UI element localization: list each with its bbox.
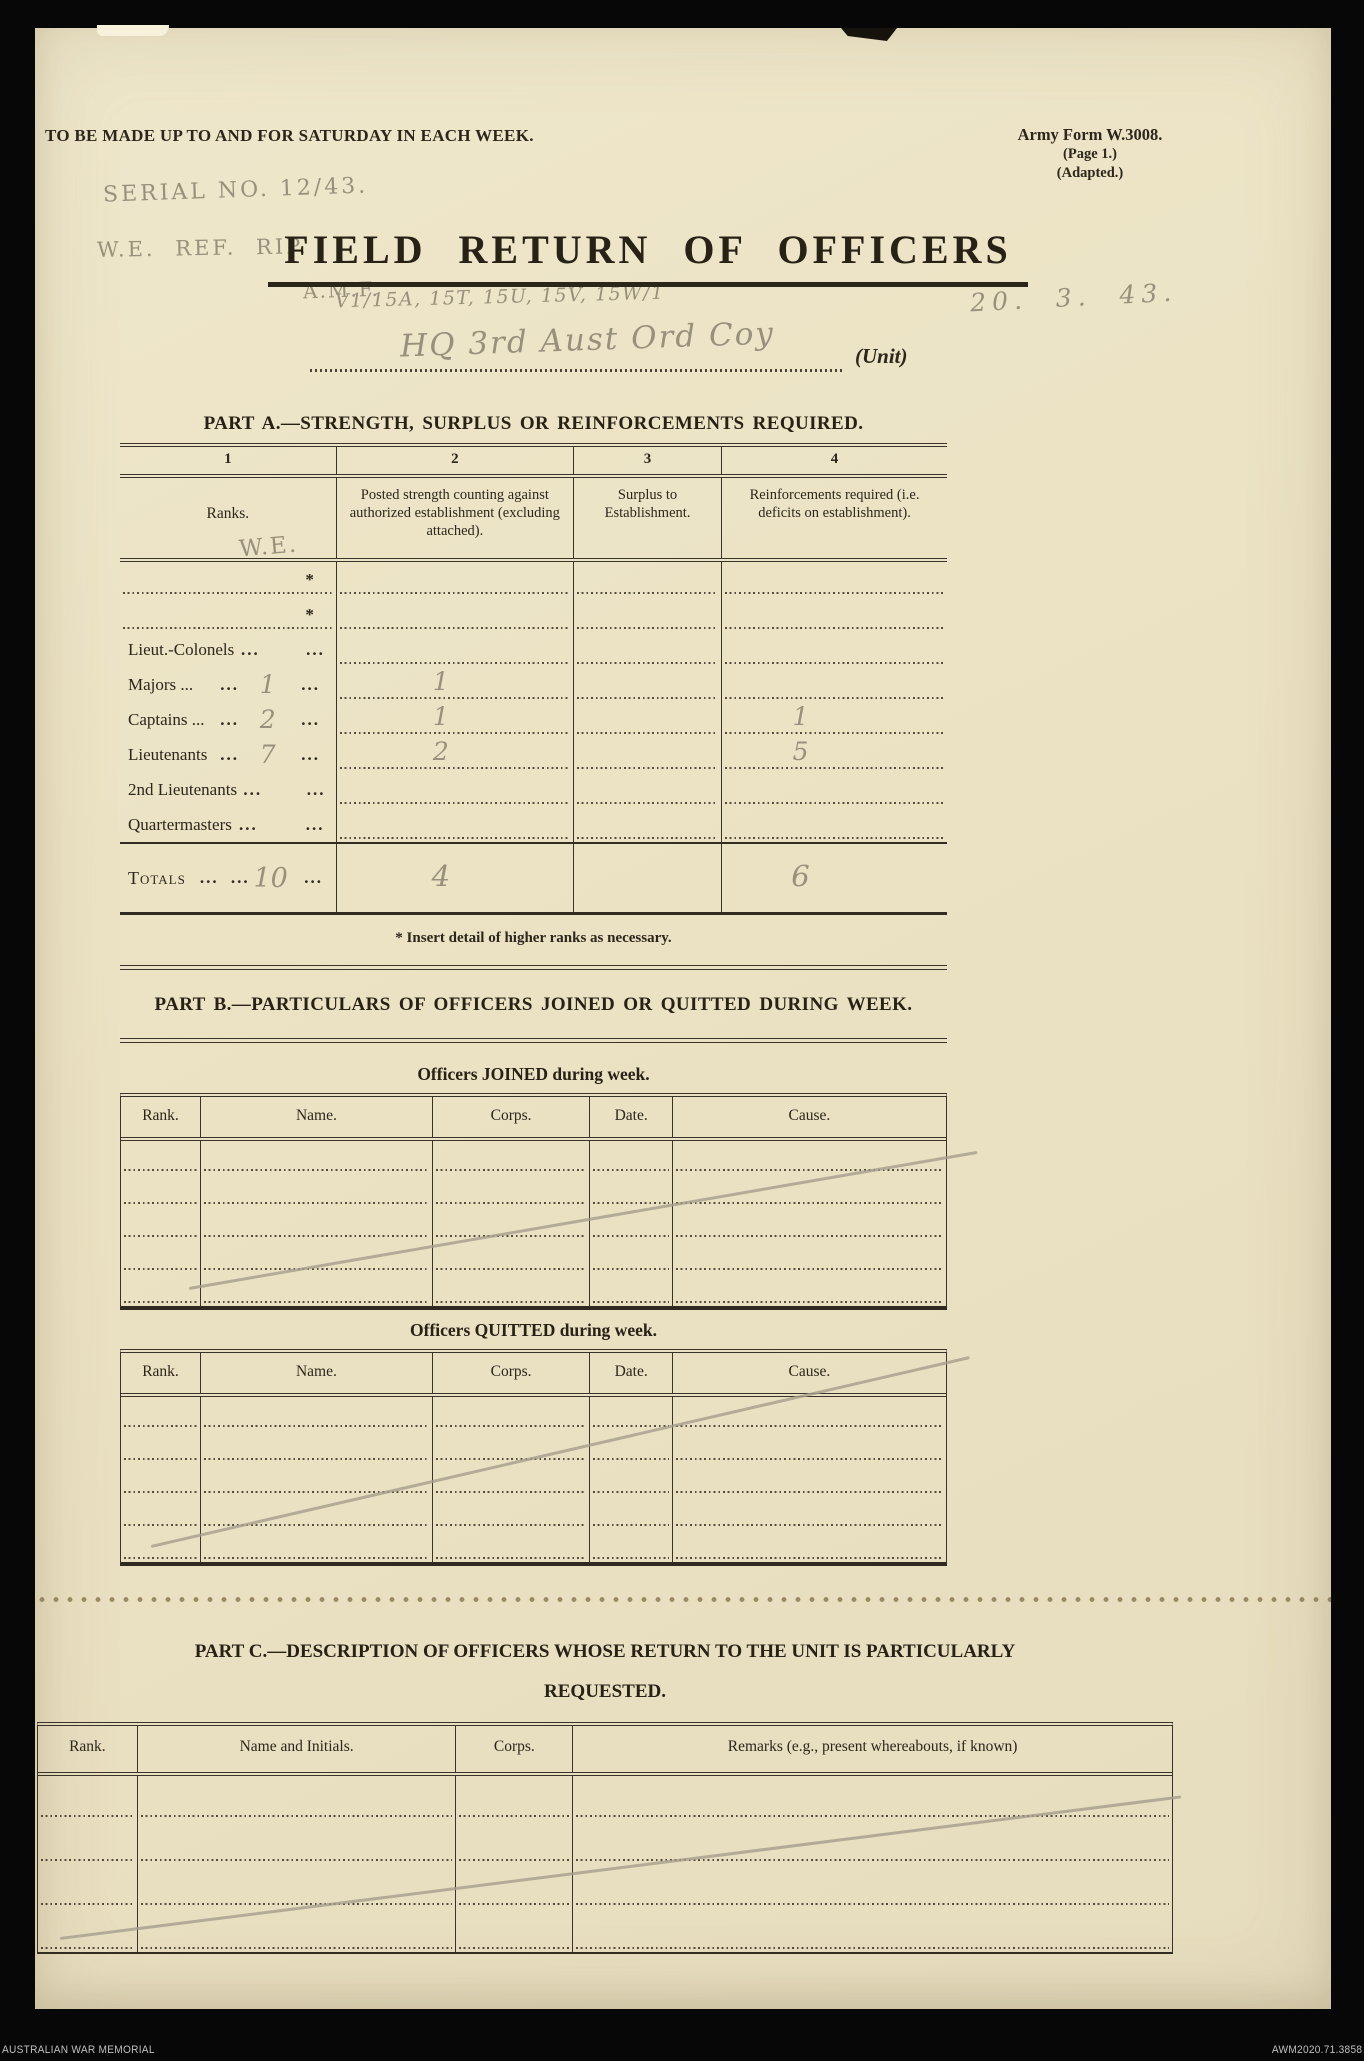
table-cell: [673, 1141, 946, 1174]
rank-label: Captains ...: [120, 710, 205, 730]
quitted-table-title: Officers QUITTED during week.: [120, 1320, 947, 1341]
rank-row: Captains ... ... 2 ... 1 1: [120, 702, 947, 737]
rank-label: Majors ...: [120, 675, 193, 695]
table-cell: [673, 1496, 946, 1529]
reinforcements-cell: [722, 632, 947, 667]
rank-cell: Quartermasters ... ...: [120, 807, 337, 842]
table-row: [121, 1207, 946, 1240]
column-header-row: Ranks. W.E. Posted strength counting aga…: [120, 478, 947, 562]
leader-dots: ...: [297, 780, 336, 800]
date-column-header: Date.: [590, 1097, 673, 1137]
reinforcements-cell: [722, 772, 947, 807]
asterisk-mark: *: [286, 605, 336, 625]
leader-dots: ...: [292, 868, 336, 888]
table-cell: [433, 1496, 591, 1529]
part-a-table: 1 2 3 4 Ranks. W.E. Posted strength coun…: [120, 443, 947, 915]
corps-column-header: Corps.: [433, 1353, 591, 1393]
part-a-footnote: * Insert detail of higher ranks as neces…: [120, 930, 947, 947]
table-cell: [121, 1240, 201, 1273]
table-row: [38, 1820, 1172, 1864]
table-row: [121, 1240, 946, 1273]
rank-cell: Captains ... ... 2 ...: [120, 702, 337, 737]
posted-strength-cell: 2: [337, 737, 574, 772]
ranks-column-header: Ranks. W.E.: [120, 478, 337, 558]
table-cell: [673, 1529, 946, 1562]
archive-footer: AUSTRALIAN WAR MEMORIAL AWM2020.71.3858: [0, 2037, 1364, 2061]
table-cell: [433, 1529, 591, 1562]
surplus-cell: [574, 667, 722, 702]
table-cell: [201, 1430, 433, 1463]
table-cell: [673, 1430, 946, 1463]
table-row: [38, 1908, 1172, 1952]
table-cell: [456, 1820, 573, 1864]
table-cell: [201, 1397, 433, 1430]
table-cell: [138, 1776, 457, 1820]
leader-dots: ...: [210, 675, 250, 695]
table-cell: [590, 1529, 673, 1562]
officers-quitted-section: Officers QUITTED during week. Rank. Name…: [120, 1320, 947, 1566]
reinforcements-cell: 5: [722, 737, 947, 772]
rank-row: Lieutenants ... 7 ... 2 5: [120, 737, 947, 772]
rank-label: Lieutenants: [120, 745, 207, 765]
table-cell: [590, 1141, 673, 1174]
table-cell: [201, 1240, 433, 1273]
leader-dots: ...: [286, 675, 336, 695]
rank-cell: Lieutenants ... 7 ...: [120, 737, 337, 772]
surplus-cell: [574, 632, 722, 667]
remarks-column-header: Remarks (e.g., present whereabouts, if k…: [573, 1726, 1172, 1772]
name-column-header: Name.: [201, 1097, 433, 1137]
table-cell: [138, 1820, 457, 1864]
handwritten-posted-value: 1: [433, 667, 449, 697]
table-cell: [201, 1174, 433, 1207]
column-number-row: 1 2 3 4: [120, 447, 947, 478]
surplus-cell: [574, 737, 722, 772]
catalog-number: AWM2020.71.3858: [1272, 2044, 1362, 2056]
handwritten-we-value: 1: [250, 672, 286, 697]
table-cell: [138, 1908, 457, 1952]
leader-dots: ...: [295, 640, 335, 660]
posted-strength-cell: [337, 597, 574, 632]
column-number: 1: [120, 447, 337, 474]
posted-strength-cell: 1: [337, 702, 574, 737]
handwritten-we-value: 7: [250, 742, 286, 767]
surplus-cell: [574, 702, 722, 737]
table-cell: [121, 1430, 201, 1463]
form-body: PART A.—STRENGTH, SURPLUS OR REINFORCEME…: [120, 28, 947, 2009]
table-cell: [38, 1820, 138, 1864]
table-cell: [590, 1174, 673, 1207]
part-c-table: Rank. Name and Initials. Corps. Remarks …: [37, 1722, 1173, 1954]
table-cell: [590, 1273, 673, 1306]
perforation-line: [35, 1594, 1331, 1605]
part-a-heading: PART A.—STRENGTH, SURPLUS OR REINFORCEME…: [120, 413, 947, 435]
table-cell: [201, 1496, 433, 1529]
table-cell: [433, 1141, 591, 1174]
handwritten-reinforcements-total: 6: [791, 844, 809, 908]
cause-column-header: Cause.: [673, 1097, 946, 1137]
table-cell: [433, 1397, 591, 1430]
column-number: 2: [337, 447, 574, 474]
handwritten-we-total: 10: [250, 863, 292, 894]
column-number: 4: [722, 447, 947, 474]
table-cell: [433, 1240, 591, 1273]
officers-joined-section: Officers JOINED during week. Rank. Name.…: [120, 1064, 947, 1310]
surplus-cell: [574, 807, 722, 842]
table-cell: [201, 1529, 433, 1562]
table-cell: [201, 1207, 433, 1240]
rank-cell: *: [120, 562, 337, 597]
rank-row: Quartermasters ... ...: [120, 807, 947, 842]
handwritten-we-annotation: W.E.: [237, 531, 298, 565]
table-cell: [456, 1908, 573, 1952]
table-cell: [38, 1776, 138, 1820]
leader-dots: ...: [237, 780, 268, 800]
table-row: [121, 1141, 946, 1174]
leader-dots: ...: [286, 710, 336, 730]
handwritten-posted-value: 2: [433, 737, 449, 767]
rank-row: Majors ... ... 1 ... 1: [120, 667, 947, 702]
rank-column-header: Rank.: [121, 1097, 201, 1137]
posted-strength-header: Posted strength counting against authori…: [337, 478, 574, 558]
table-cell: [433, 1174, 591, 1207]
form-number-block: Army Form W.3008. (Page 1.) (Adapted.): [980, 124, 1200, 183]
handwritten-posted-value: 1: [433, 702, 449, 732]
reinforcements-total-cell: 6: [722, 844, 947, 912]
table-header-row: Rank. Name and Initials. Corps. Remarks …: [38, 1726, 1172, 1776]
table-cell: [590, 1496, 673, 1529]
reinforcements-cell: [722, 562, 947, 597]
form-number: Army Form W.3008.: [980, 124, 1200, 145]
reinforcements-cell: [722, 597, 947, 632]
rank-row: 2nd Lieutenants ... ...: [120, 772, 947, 807]
table-cell: [121, 1529, 201, 1562]
table-cell: [456, 1776, 573, 1820]
surplus-header: Surplus to Establishment.: [574, 478, 722, 558]
handwritten-reinforcements-value: 1: [793, 702, 809, 732]
rank-row: *: [120, 597, 947, 632]
rank-column-header: Rank.: [38, 1726, 138, 1772]
table-cell: [673, 1273, 946, 1306]
rank-label: Lieut.-Colonels: [120, 640, 234, 660]
posted-total-cell: 4: [337, 844, 574, 912]
rank-cell: 2nd Lieutenants ... ...: [120, 772, 337, 807]
table-cell: [433, 1463, 591, 1496]
ranks-header-label: Ranks.: [207, 505, 250, 522]
table-cell: [590, 1240, 673, 1273]
corps-column-header: Corps.: [433, 1097, 591, 1137]
posted-strength-cell: [337, 807, 574, 842]
leader-dots: ...: [200, 868, 219, 888]
table-cell: [121, 1207, 201, 1240]
table-cell: [673, 1240, 946, 1273]
totals-cell: Totals ... ... 10 ...: [120, 844, 337, 912]
table-cell: [573, 1820, 1172, 1864]
table-cell: [673, 1463, 946, 1496]
table-row: [38, 1776, 1172, 1820]
surplus-cell: [574, 562, 722, 597]
part-b-heading: PART B.—PARTICULARS OF OFFICERS JOINED O…: [120, 994, 947, 1016]
table-cell: [573, 1864, 1172, 1908]
corps-column-header: Corps.: [456, 1726, 573, 1772]
name-initials-column-header: Name and Initials.: [138, 1726, 457, 1772]
table-cell: [201, 1463, 433, 1496]
table-cell: [121, 1141, 201, 1174]
surplus-cell: [574, 597, 722, 632]
totals-row: Totals ... ... 10 ... 4 6: [120, 842, 947, 912]
form-page: (Page 1.): [980, 145, 1200, 164]
officers-quitted-table: Rank. Name. Corps. Date. Cause.: [120, 1349, 947, 1566]
rank-label: 2nd Lieutenants: [120, 780, 237, 800]
leader-dots: ...: [210, 710, 250, 730]
rank-column-header: Rank.: [121, 1353, 201, 1393]
section-divider: [120, 1038, 947, 1043]
leader-dots: ...: [294, 815, 335, 835]
section-divider: [120, 965, 947, 970]
part-c-heading: PART C.—DESCRIPTION OF OFFICERS WHOSE RE…: [37, 1632, 1173, 1712]
posted-strength-cell: 1: [337, 667, 574, 702]
date-column-header: Date.: [590, 1353, 673, 1393]
officers-joined-table: Rank. Name. Corps. Date. Cause.: [120, 1093, 947, 1310]
table-cell: [590, 1397, 673, 1430]
handwritten-posted-total: 4: [432, 844, 450, 908]
table-cell: [121, 1496, 201, 1529]
form-paper: TO BE MADE UP TO AND FOR SATURDAY IN EAC…: [35, 28, 1331, 2009]
asterisk-mark: *: [286, 570, 336, 590]
reinforcements-cell: [722, 667, 947, 702]
scan-background: TO BE MADE UP TO AND FOR SATURDAY IN EAC…: [0, 0, 1364, 2061]
table-cell: [38, 1864, 138, 1908]
rank-row: Lieut.-Colonels ... ...: [120, 632, 947, 667]
column-number: 3: [574, 447, 722, 474]
leader-dots: ...: [232, 815, 265, 835]
table-cell: [121, 1174, 201, 1207]
part-c-heading-line1: PART C.—DESCRIPTION OF OFFICERS WHOSE RE…: [37, 1632, 1173, 1672]
table-cell: [433, 1430, 591, 1463]
reinforcements-header: Reinforcements required (i.e. deficits o…: [722, 478, 947, 558]
table-row: [121, 1529, 946, 1562]
joined-table-title: Officers JOINED during week.: [120, 1064, 947, 1085]
rank-cell: Lieut.-Colonels ... ...: [120, 632, 337, 667]
rank-cell: *: [120, 597, 337, 632]
posted-strength-cell: [337, 632, 574, 667]
reinforcements-cell: [722, 807, 947, 842]
leader-dots: ...: [286, 745, 336, 765]
part-c-heading-line2: REQUESTED.: [37, 1672, 1173, 1712]
name-column-header: Name.: [201, 1353, 433, 1393]
leader-dots: ...: [231, 868, 250, 888]
surplus-total-cell: [574, 844, 722, 912]
table-header-row: Rank. Name. Corps. Date. Cause.: [121, 1097, 946, 1141]
surplus-cell: [574, 772, 722, 807]
table-cell: [673, 1207, 946, 1240]
leader-dots: ...: [234, 640, 266, 660]
table-cell: [201, 1141, 433, 1174]
table-row: [121, 1397, 946, 1430]
handwritten-we-value: 2: [250, 707, 286, 732]
table-cell: [138, 1864, 457, 1908]
table-cell: [573, 1776, 1172, 1820]
table-cell: [121, 1397, 201, 1430]
posted-strength-cell: [337, 772, 574, 807]
form-adapted: (Adapted.): [980, 164, 1200, 183]
rank-label: Quartermasters: [120, 815, 232, 835]
reinforcements-cell: 1: [722, 702, 947, 737]
table-row: [121, 1463, 946, 1496]
handwritten-reinforcements-value: 5: [793, 737, 809, 767]
archive-name: AUSTRALIAN WAR MEMORIAL: [2, 2044, 155, 2056]
totals-label: Totals: [120, 868, 186, 889]
table-cell: [121, 1463, 201, 1496]
rank-row: *: [120, 562, 947, 597]
table-cell: [573, 1908, 1172, 1952]
leader-dots: ...: [210, 745, 250, 765]
rank-cell: Majors ... ... 1 ...: [120, 667, 337, 702]
table-cell: [590, 1463, 673, 1496]
table-cell: [673, 1397, 946, 1430]
table-cell: [433, 1273, 591, 1306]
posted-strength-cell: [337, 562, 574, 597]
